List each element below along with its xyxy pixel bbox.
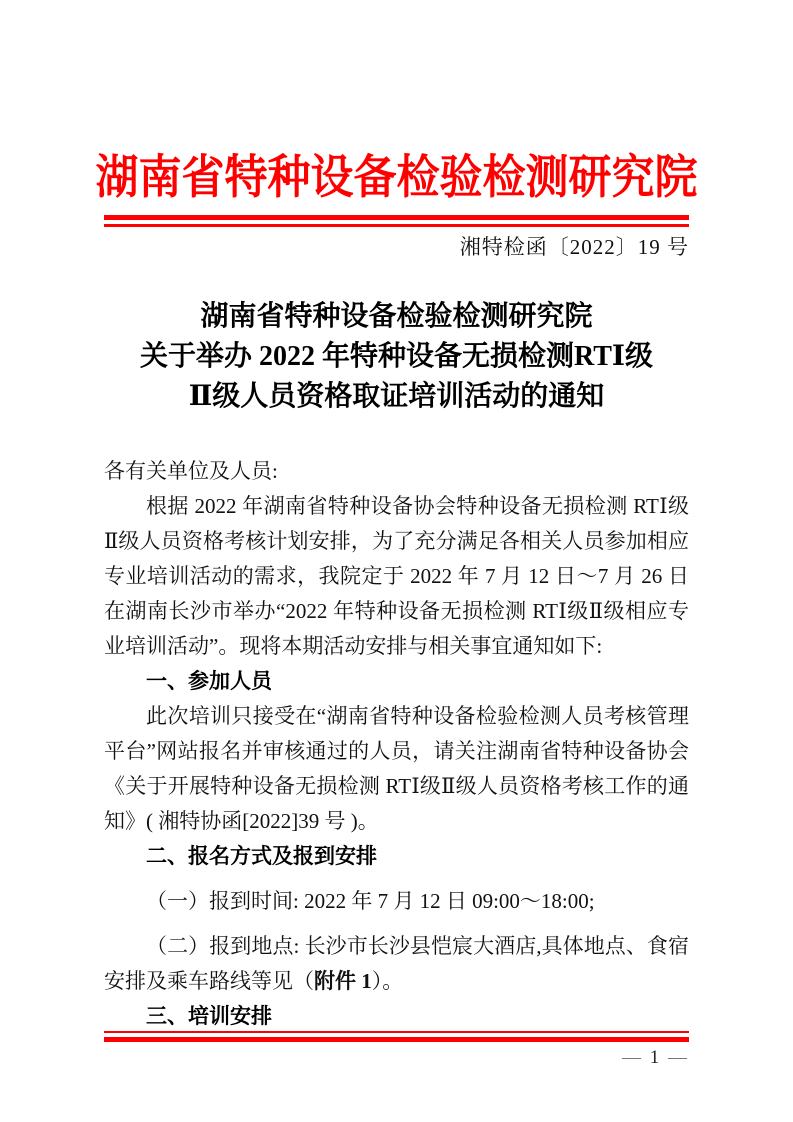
letterhead-org-name: 湖南省特种设备检验检测研究院: [0, 141, 793, 207]
section1-heading: 一、参加人员: [104, 664, 689, 699]
section2-item2-closing: ）。: [372, 969, 404, 993]
letterhead-double-rule: [104, 215, 689, 227]
rule-thick-line: [104, 1037, 689, 1042]
document-page: 湖南省特种设备检验检测研究院 湘特检函〔2022〕19 号 湖南省特种设备检验检…: [0, 0, 793, 1122]
section3-heading: 三、培训安排: [104, 999, 689, 1034]
document-title-line1: 湖南省特种设备检验检测研究院: [54, 297, 739, 337]
footer-double-rule: [104, 1031, 689, 1042]
page-number-value: 1: [650, 1047, 662, 1068]
intro-paragraph: 根据 2022 年湖南省特种设备协会特种设备无损检测 RTⅠ级Ⅱ级人员资格考核计…: [104, 489, 689, 664]
rule-thin-line: [104, 1031, 689, 1033]
document-title-line2: 关于举办 2022 年特种设备无损检测RTⅠ级: [54, 337, 739, 377]
section1-paragraph: 此次培训只接受在“湖南省特种设备检验检测人员考核管理平台”网站报名并审核通过的人…: [104, 699, 689, 839]
document-body: 各有关单位及人员: 根据 2022 年湖南省特种设备协会特种设备无损检测 RTⅠ…: [104, 454, 689, 1034]
document-number: 湘特检函〔2022〕19 号: [104, 231, 689, 261]
rule-thick-line: [104, 215, 689, 220]
section2-item2: （二）报到地点: 长沙市长沙县恺宸大酒店,具体地点、食宿安排及乘车路线等见（附件…: [104, 929, 689, 999]
page-number: — 1 —: [104, 1047, 689, 1069]
document-title-line3: Ⅱ级人员资格取证培训活动的通知: [54, 377, 739, 417]
section2-item1: （一）报到时间: 2022 年 7 月 12 日 09:00～18:00;: [104, 884, 689, 919]
document-title: 湖南省特种设备检验检测研究院 关于举办 2022 年特种设备无损检测RTⅠ级 Ⅱ…: [54, 297, 739, 417]
section2-heading: 二、报名方式及报到安排: [104, 839, 689, 874]
salutation: 各有关单位及人员:: [104, 454, 689, 489]
attachment-reference: 附件 1: [314, 969, 372, 993]
page-number-dash-left: —: [622, 1047, 643, 1068]
rule-thin-line: [104, 224, 689, 227]
page-number-dash-right: —: [668, 1047, 689, 1068]
